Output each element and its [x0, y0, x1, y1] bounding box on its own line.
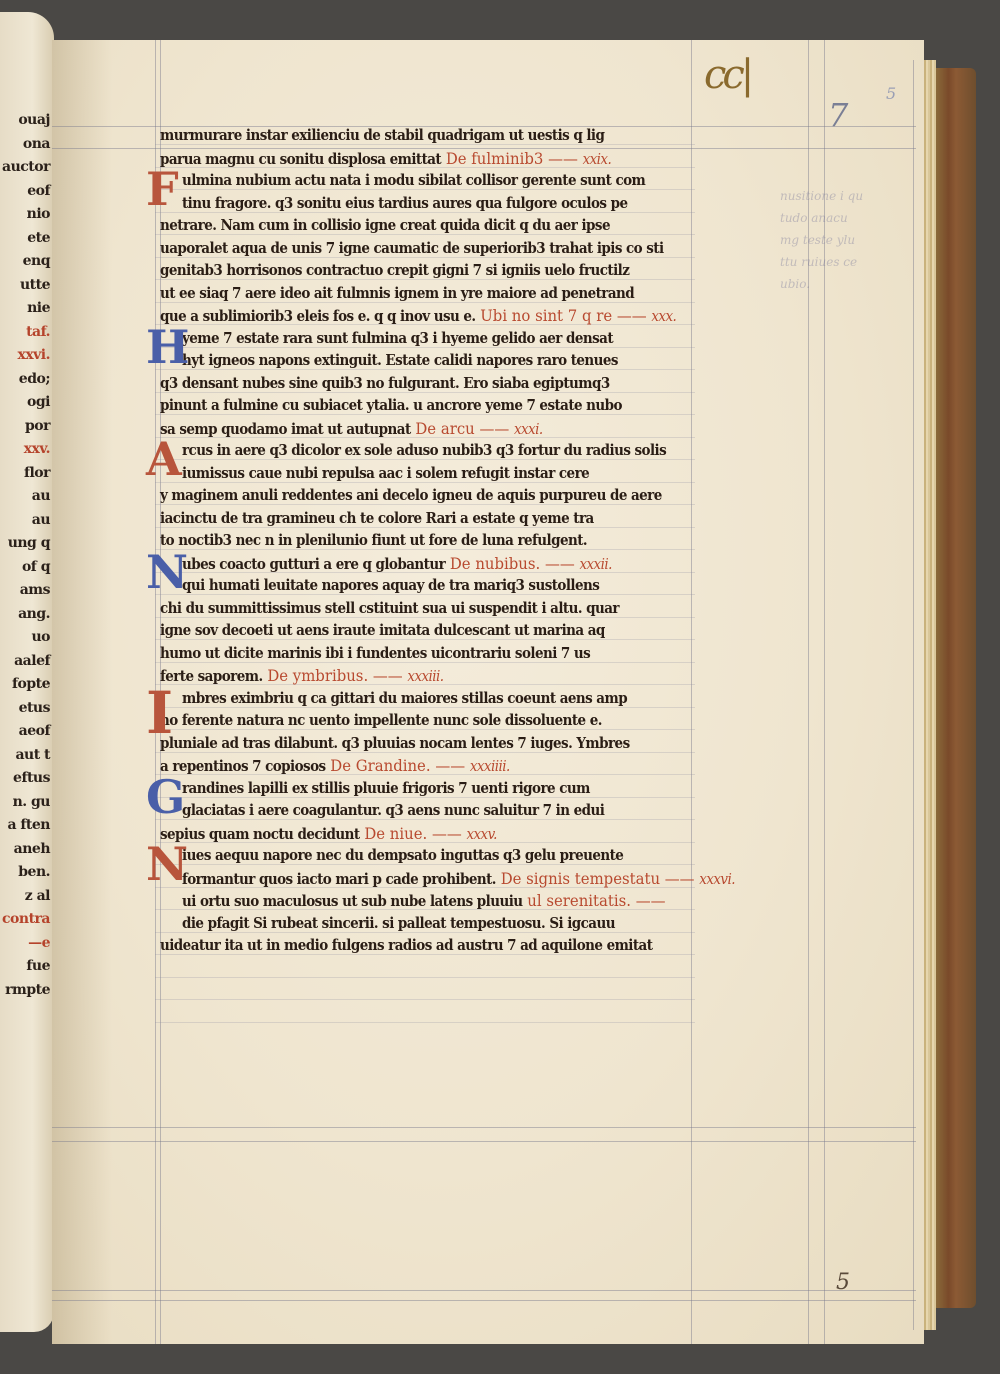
- ghost-line: mg teste ylu: [780, 229, 900, 251]
- line-text: sepius quam noctu decidunt: [160, 826, 360, 843]
- facing-page-line: ogi: [27, 394, 50, 410]
- initial-f: F: [146, 166, 179, 212]
- manuscript-line: glaciatas i aere coagulantur. q3 aens nu…: [182, 800, 604, 822]
- line-rule: [155, 1022, 695, 1023]
- line-text: mbres eximbriu q ca gittari du maiores s…: [182, 690, 627, 707]
- manuscript-line: qui humati leuitate napores aquay de tra…: [182, 575, 599, 597]
- ruling-line-foot-a: [52, 1290, 916, 1291]
- offset-show-through-text: nusitione i qutudo anacumg teste yluttu …: [780, 185, 900, 295]
- line-text: hyt igneos napons extinguit. Estate cali…: [182, 352, 618, 369]
- rubric-heading: De nubibus. ——: [445, 554, 579, 573]
- manuscript-line: genitab3 horrisonos contractuo crepit gi…: [160, 260, 629, 282]
- manuscript-line: sepius quam noctu decidunt De niue. —— x…: [160, 823, 497, 845]
- facing-page-line: contra: [2, 911, 50, 927]
- manuscript-line: ulmina nubium actu nata i modu sibilat c…: [182, 170, 645, 192]
- line-text: tinu fragore. q3 sonitu eius tardius aur…: [182, 195, 627, 212]
- facing-page-line: ang.: [18, 606, 50, 622]
- line-rule: [155, 977, 695, 978]
- initial-g: G: [146, 774, 185, 820]
- chapter-number: xxxiiii.: [470, 759, 510, 775]
- facing-page-line: aneh: [14, 841, 50, 857]
- facing-page-line: nie: [27, 300, 50, 316]
- facing-page-line: uo: [31, 629, 50, 645]
- manuscript-line: chi du summittissimus stell cstituint su…: [160, 598, 619, 620]
- facing-page-line: eof: [27, 183, 50, 199]
- line-text: chi du summittissimus stell cstituint su…: [160, 600, 619, 617]
- line-text: iumissus caue nubi repulsa aac i solem r…: [182, 465, 589, 482]
- pencil-small-number: 5: [886, 84, 896, 103]
- manuscript-line: iumissus caue nubi repulsa aac i solem r…: [182, 463, 589, 485]
- line-text: to noctib3 nec n in plenilunio fiunt ut …: [160, 532, 587, 549]
- line-text: rcus in aere q3 dicolor ex sole aduso nu…: [182, 442, 666, 459]
- facing-page-line: ouaj: [18, 112, 50, 128]
- initial-a: A: [146, 436, 182, 482]
- manuscript-line: q3 densant nubes sine quib3 no fulgurant…: [160, 373, 610, 395]
- line-text: die pfagit Si rubeat sincerii. si pallea…: [182, 915, 615, 932]
- line-text: que a sublimiorib3 eleis fos e. q q inov…: [160, 308, 476, 325]
- manuscript-line: uideatur ita ut in medio fulgens radios …: [160, 935, 652, 957]
- folio-mark-top: cc|: [704, 52, 750, 98]
- left-facing-leaf: ouajonaauctoreofnioeteenquttenietaf.xxvi…: [0, 12, 54, 1332]
- manuscript-line: pluniale ad tras dilabunt. q3 pluuias no…: [160, 733, 630, 755]
- line-text: ubes coacto gutturi a ere q globantur: [182, 556, 445, 573]
- line-text: igne sov decoeti ut aens iraute imitata …: [160, 622, 605, 639]
- facing-page-line: taf.: [26, 324, 50, 340]
- chapter-number: xxxiii.: [407, 669, 443, 685]
- facing-page-line: n. gu: [13, 794, 50, 810]
- gutter-shadow: [52, 40, 112, 1344]
- line-text: ulmina nubium actu nata i modu sibilat c…: [182, 172, 645, 189]
- quire-signature: 5: [836, 1270, 850, 1295]
- rubric-heading: ul serenitatis. ——: [523, 891, 666, 910]
- line-text: uaporalet aqua de unis 7 igne caumatic d…: [160, 240, 664, 257]
- line-text: y maginem anuli reddentes ani decelo ign…: [160, 487, 662, 504]
- manuscript-line: yeme 7 estate rara sunt fulmina q3 i hye…: [182, 328, 613, 350]
- ghost-line: ubio.: [780, 273, 900, 295]
- facing-page-line: aalef: [14, 653, 50, 669]
- manuscript-line: que a sublimiorib3 eleis fos e. q q inov…: [160, 305, 676, 327]
- facing-page-line: etus: [19, 700, 50, 716]
- line-text: yeme 7 estate rara sunt fulmina q3 i hye…: [182, 330, 613, 347]
- facing-page-line: ben.: [18, 864, 50, 880]
- line-text: murmurare instar exilienciu de stabil qu…: [160, 127, 604, 144]
- manuscript-line: ut ee siaq 7 aere ideo ait fulmnis ignem…: [160, 283, 634, 305]
- line-text: ferte saporem.: [160, 668, 263, 685]
- facing-page-line: fopte: [12, 676, 50, 692]
- chapter-number: xxix.: [583, 152, 612, 168]
- line-text: q3 densant nubes sine quib3 no fulgurant…: [160, 375, 610, 392]
- chapter-number: xxxi.: [514, 422, 543, 438]
- facing-page-line: flor: [24, 465, 50, 481]
- facing-page-line: ona: [23, 136, 50, 152]
- chapter-number: xxx.: [651, 309, 676, 325]
- line-text: iues aequu napore nec du dempsato ingutt…: [182, 847, 623, 864]
- line-text: parua magnu cu sonitu displosa emittat: [160, 151, 441, 168]
- line-text: genitab3 horrisonos contractuo crepit gi…: [160, 262, 629, 279]
- manuscript-line: murmurare instar exilienciu de stabil qu…: [160, 125, 604, 147]
- ruling-line-outer-edge: [913, 60, 914, 1330]
- manuscript-line: die pfagit Si rubeat sincerii. si pallea…: [182, 913, 615, 935]
- line-text: qui humati leuitate napores aquay de tra…: [182, 577, 599, 594]
- facing-page-line: por: [25, 418, 50, 434]
- chapter-number: xxxv.: [466, 827, 496, 843]
- manuscript-line: iues aequu napore nec du dempsato ingutt…: [182, 845, 623, 867]
- line-text: netrare. Nam cum in collisio igne creat …: [160, 217, 610, 234]
- line-text: humo ut dicite marinis ibi i fundentes u…: [160, 645, 590, 662]
- rubric-heading: De arcu ——: [411, 419, 514, 438]
- manuscript-line: ui ortu suo maculosus ut sub nube latens…: [182, 890, 665, 912]
- facing-page-line: edo;: [19, 371, 50, 387]
- ruling-line-bottom-b: [52, 1141, 916, 1142]
- facing-page-line: utte: [20, 277, 50, 293]
- line-text: glaciatas i aere coagulantur. q3 aens nu…: [182, 802, 604, 819]
- manuscript-line: ubes coacto gutturi a ere q globantur De…: [182, 553, 612, 575]
- rubric-heading: De signis tempestatu ——: [496, 869, 699, 888]
- facing-page-line: aeof: [19, 723, 50, 739]
- facing-page-line: z al: [25, 888, 50, 904]
- line-text: no ferente natura nc uento impellente nu…: [160, 712, 602, 729]
- manuscript-line: to noctib3 nec n in plenilunio fiunt ut …: [160, 530, 587, 552]
- manuscript-line: tinu fragore. q3 sonitu eius tardius aur…: [182, 193, 627, 215]
- manuscript-line: iacinctu de tra gramineu ch te colore Ra…: [160, 508, 594, 530]
- manuscript-line: hyt igneos napons extinguit. Estate cali…: [182, 350, 618, 372]
- chapter-number: xxxii.: [579, 557, 611, 573]
- manuscript-line: a repentinos 7 copiosos De Grandine. —— …: [160, 755, 510, 777]
- line-rule: [155, 999, 695, 1000]
- line-text: formantur quos iacto mari p cade prohibe…: [182, 871, 496, 888]
- facing-page-line: ete: [27, 230, 50, 246]
- facing-page-line: au: [32, 488, 50, 504]
- manuscript-line: humo ut dicite marinis ibi i fundentes u…: [160, 643, 590, 665]
- rubric-heading: De ymbribus. ——: [263, 666, 408, 685]
- line-text: sa semp quodamo imat ut autupnat: [160, 421, 411, 438]
- manuscript-line: formantur quos iacto mari p cade prohibe…: [182, 868, 735, 890]
- facing-page-line: a ften: [7, 817, 50, 833]
- line-text: iacinctu de tra gramineu ch te colore Ra…: [160, 510, 594, 527]
- ruling-line-foot-b: [52, 1300, 916, 1301]
- initial-n: N: [146, 549, 188, 595]
- facing-page-line: auctor: [2, 159, 50, 175]
- ghost-line: nusitione i qu: [780, 185, 900, 207]
- facing-page-line: of q: [22, 559, 50, 575]
- manuscript-line: parua magnu cu sonitu displosa emittat D…: [160, 148, 611, 170]
- manuscript-line: no ferente natura nc uento impellente nu…: [160, 710, 602, 732]
- ruling-line-right-text: [691, 40, 692, 1344]
- rubric-heading: Ubi no sint 7 q re ——: [476, 306, 652, 325]
- manuscript-line: netrare. Nam cum in collisio igne creat …: [160, 215, 610, 237]
- line-text: ut ee siaq 7 aere ideo ait fulmnis ignem…: [160, 285, 634, 302]
- facing-page-line: fue: [26, 958, 50, 974]
- line-text: pluniale ad tras dilabunt. q3 pluuias no…: [160, 735, 630, 752]
- rubric-heading: De niue. ——: [360, 824, 467, 843]
- line-text: randines lapilli ex stillis pluuie frigo…: [182, 780, 590, 797]
- manuscript-line: ferte saporem. De ymbribus. —— xxxiii.: [160, 665, 444, 687]
- manuscript-line: mbres eximbriu q ca gittari du maiores s…: [182, 688, 627, 710]
- ghost-line: tudo anacu: [780, 207, 900, 229]
- facing-page-line: au: [32, 512, 50, 528]
- facing-page-line: xxv.: [24, 441, 50, 457]
- manuscript-line: igne sov decoeti ut aens iraute imitata …: [160, 620, 605, 642]
- facing-page-line: eftus: [13, 770, 50, 786]
- initial-n: N: [146, 841, 188, 887]
- line-text: ui ortu suo maculosus ut sub nube latens…: [182, 893, 523, 910]
- facing-page-line: nio: [27, 206, 50, 222]
- rubric-heading: De Grandine. ——: [326, 756, 470, 775]
- ghost-line: ttu ruiues ce: [780, 251, 900, 273]
- manuscript-line: y maginem anuli reddentes ani decelo ign…: [160, 485, 662, 507]
- facing-page-line: enq: [23, 253, 50, 269]
- line-text: pinunt a fulmine cu subiacet ytalia. u a…: [160, 397, 622, 414]
- initial-i: I: [146, 684, 173, 742]
- facing-page-line: xxvi.: [17, 347, 50, 363]
- facing-page-line: rmpte: [5, 982, 50, 998]
- manuscript-line: pinunt a fulmine cu subiacet ytalia. u a…: [160, 395, 622, 417]
- facing-page-line: ams: [20, 582, 50, 598]
- line-text: uideatur ita ut in medio fulgens radios …: [160, 937, 652, 954]
- facing-page-line: aut t: [15, 747, 50, 763]
- manuscript-line: uaporalet aqua de unis 7 igne caumatic d…: [160, 238, 664, 260]
- chapter-number: xxxvi.: [699, 872, 735, 888]
- facing-page-line: —e: [28, 935, 50, 951]
- manuscript-line: rcus in aere q3 dicolor ex sole aduso nu…: [182, 440, 666, 462]
- manuscript-line: randines lapilli ex stillis pluuie frigo…: [182, 778, 590, 800]
- rubric-heading: De fulminib3 ——: [441, 149, 582, 168]
- initial-h: H: [146, 324, 189, 370]
- facing-page-line: ung q: [8, 535, 50, 551]
- manuscript-line: sa semp quodamo imat ut autupnat De arcu…: [160, 418, 543, 440]
- pencil-folio-number: 7: [828, 96, 848, 134]
- ruling-line-bottom-a: [52, 1127, 916, 1128]
